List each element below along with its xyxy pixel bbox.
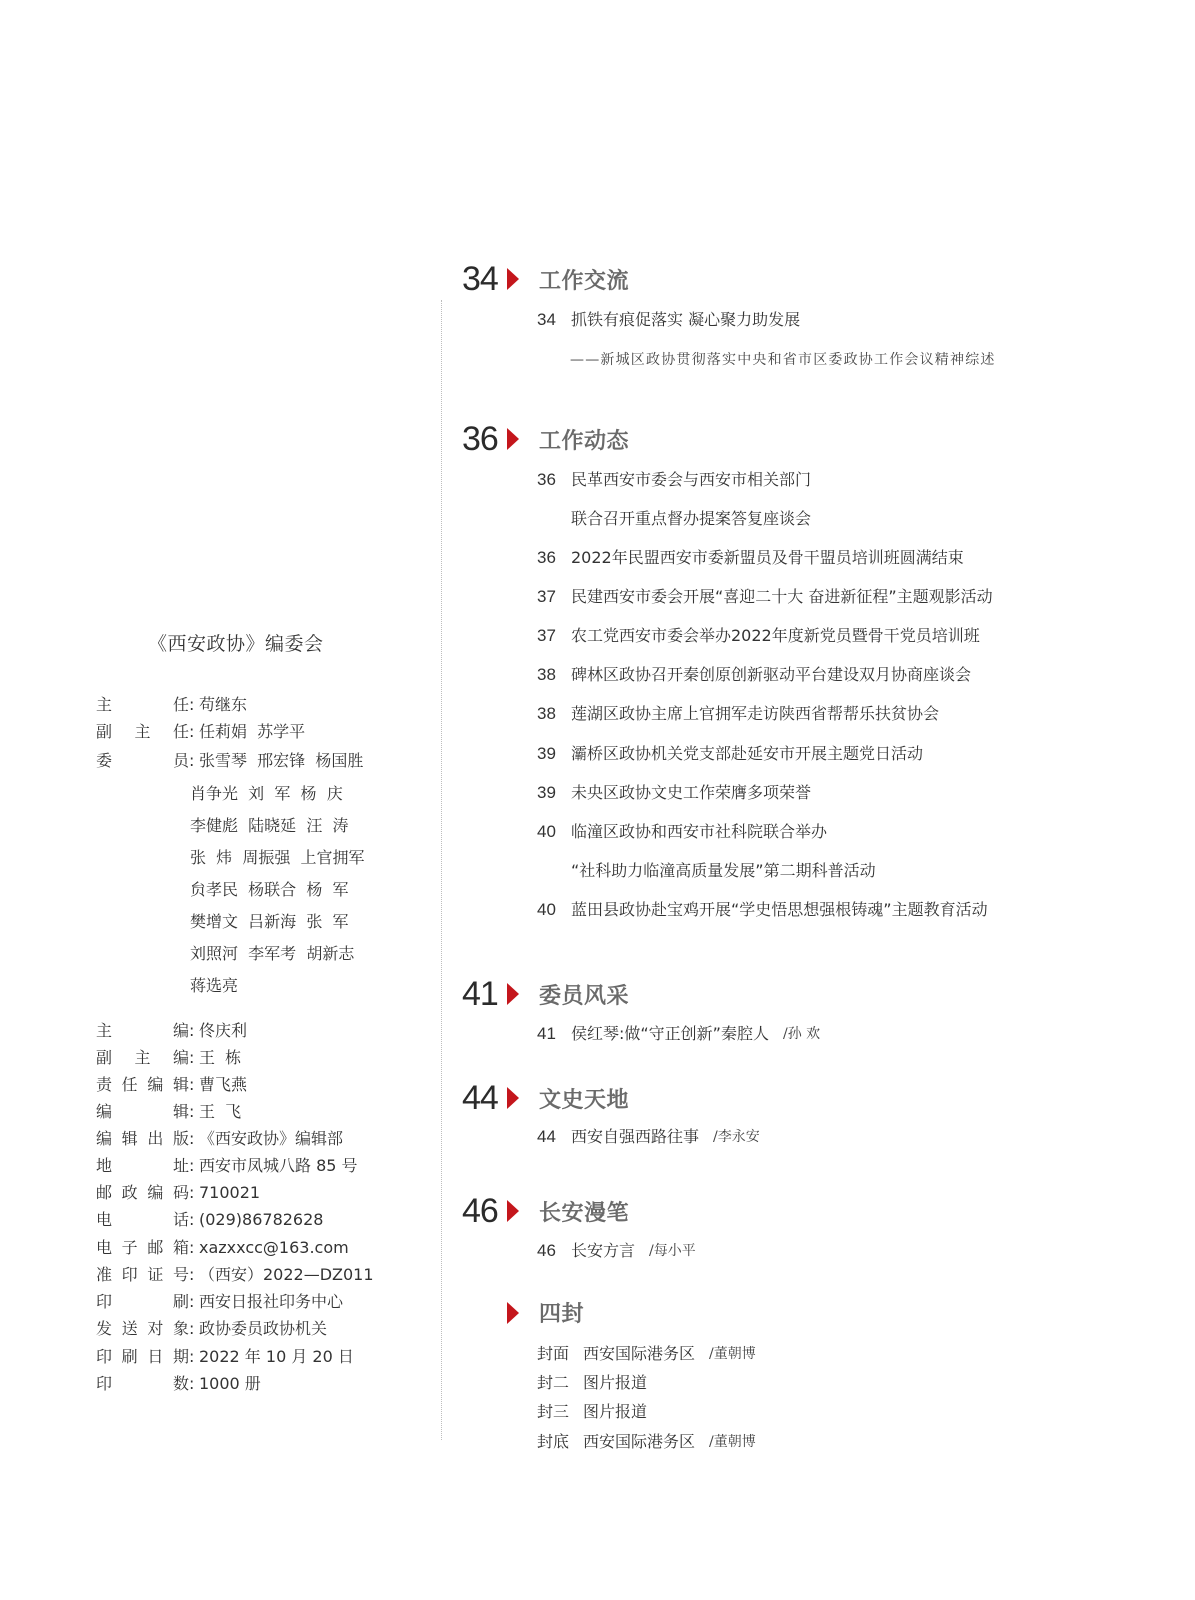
cover-item-inside-back[interactable]: 封三 图片报道 [537,1402,647,1422]
member-line: 刘照河 李军考 胡新志 [190,944,354,964]
masthead-value: 任莉娟 苏学平 [197,722,305,742]
toc-item[interactable]: 39 未央区政协文史工作荣膺多项荣誉 [537,783,811,803]
toc-section-36[interactable]: 36 工作动态 [462,422,629,456]
triangle-right-icon [507,983,519,1005]
toc-item[interactable]: 39 灞桥区政协机关党支部赴延安市开展主题党日活动 [537,744,923,764]
section-title: 委员风采 [539,979,629,1010]
masthead-row-responsible-editor: 责任编辑 : 曹飞燕 [96,1075,247,1095]
masthead-row-postcode: 邮政编码 : 710021 [96,1183,260,1203]
triangle-right-icon [507,1302,519,1324]
member-line: 樊增文 吕新海 张 军 [190,912,349,932]
masthead-value: 张雪琴 邢宏锋 杨国胜 [197,751,363,771]
masthead-row-print-date: 印刷日期 : 2022 年 10 月 20 日 [96,1347,354,1367]
toc-author: /每小平 [649,1241,696,1261]
toc-item[interactable]: 41 侯红琴:做“守正创新”秦腔人 /孙 欢 [537,1024,820,1044]
cover-item-front[interactable]: 封面 西安国际港务区 /董朝博 [537,1344,756,1364]
section-page-number: 41 [462,977,504,1011]
column-divider [441,300,442,1440]
masthead-row-deputy-chief-editor: 副主编 : 王 栋 [96,1048,241,1068]
toc-item[interactable]: 40 蓝田县政协赴宝鸡开展“学史悟思想强根铸魂”主题教育活动 [537,900,988,920]
toc-item[interactable]: 46 长安方言 /每小平 [537,1241,696,1261]
masthead-title: 《西安政协》编委会 [148,629,324,656]
section-page-number: 36 [462,422,504,456]
masthead-row-permit: 准印证号 : （西安）2022—DZ011 [96,1265,374,1285]
triangle-right-icon [507,1200,519,1222]
toc-section-46[interactable]: 46 长安漫笔 [462,1194,629,1228]
masthead-row-printer: 印刷 : 西安日报社印务中心 [96,1292,343,1312]
triangle-right-icon [507,428,519,450]
cover-item-back[interactable]: 封底 西安国际港务区 /董朝博 [537,1432,756,1452]
section-title: 工作动态 [539,424,629,455]
masthead-row-print-run: 印数 : 1000 册 [96,1374,261,1394]
member-line: 贠孝民 杨联合 杨 军 [190,880,349,900]
toc-item[interactable]: 34 抓铁有痕促落实 凝心聚力助发展 [537,310,800,330]
section-page-number: 44 [462,1081,504,1115]
section-title: 工作交流 [539,264,629,295]
masthead-label: 主 任 [96,695,189,715]
member-line: 蒋选亮 [190,976,238,996]
toc-item[interactable]: 38 碑林区政协召开秦创原创新驱动平台建设双月协商座谈会 [537,665,971,685]
toc-author: /李永安 [713,1127,760,1147]
member-line: 张 炜 周振强 上官拥军 [190,848,365,868]
cover-item-inside-front[interactable]: 封二 图片报道 [537,1373,647,1393]
toc-item[interactable]: 36 2022年民盟西安市委新盟员及骨干盟员培训班圆满结束 [537,548,964,568]
masthead-row-members: 委 员 : 张雪琴 邢宏锋 杨国胜 [96,751,363,771]
toc-item[interactable]: 38 莲湖区政协主席上官拥军走访陕西省帮帮乐扶贫协会 [537,704,939,724]
toc-item-continuation[interactable]: 联合召开重点督办提案答复座谈会 [571,509,811,529]
toc-section-34[interactable]: 34 工作交流 [462,262,629,296]
toc-section-covers[interactable]: 四封 [462,1297,584,1328]
masthead-row-chief-editor: 主编 : 佟庆利 [96,1021,247,1041]
masthead-label: 委 员 [96,751,189,771]
toc-section-44[interactable]: 44 文史天地 [462,1081,629,1115]
section-title: 四封 [539,1297,584,1328]
section-page-number: 46 [462,1194,504,1228]
section-title: 长安漫笔 [539,1196,629,1227]
member-line: 李健彪 陆晓延 汪 涛 [190,816,349,836]
toc-section-41[interactable]: 41 委员风采 [462,977,629,1011]
masthead-row-email: 电子邮箱 : xazxxcc@163.com [96,1238,349,1258]
masthead-value: 苟继东 [197,695,247,715]
toc-item[interactable]: 37 农工党西安市委会举办2022年度新党员暨骨干党员培训班 [537,626,980,646]
masthead-row-publisher: 编辑出版 : 《西安政协》编辑部 [96,1129,343,1149]
triangle-right-icon [507,1087,519,1109]
toc-author: /董朝博 [709,1344,756,1364]
masthead-row-director: 主 任 : 苟继东 [96,695,247,715]
toc-author: /孙 欢 [783,1024,820,1044]
masthead-row-phone: 电话 : (029)86782628 [96,1210,323,1230]
toc-item[interactable]: 36 民革西安市委会与西安市相关部门 [537,470,811,490]
masthead-row-deputy-director: 副 主 任 : 任莉娟 苏学平 [96,722,305,742]
masthead-row-address: 地址 : 西安市凤城八路 85 号 [96,1156,358,1176]
toc-author: /董朝博 [709,1432,756,1452]
toc-item-continuation[interactable]: “社科助力临潼高质量发展”第二期科普活动 [571,861,876,881]
masthead-row-editor: 编辑 : 王 飞 [96,1102,241,1122]
triangle-right-icon [507,268,519,290]
masthead-label: 副 主 任 [96,722,189,742]
toc-item[interactable]: 37 民建西安市委会开展“喜迎二十大 奋进新征程”主题观影活动 [537,587,993,607]
section-title: 文史天地 [539,1083,629,1114]
toc-item-subtitle: ——新城区政协贯彻落实中央和省市区委政协工作会议精神综述 [570,349,996,369]
toc-item[interactable]: 40 临潼区政协和西安市社科院联合举办 [537,822,827,842]
masthead-row-recipients: 发送对象 : 政协委员政协机关 [96,1319,327,1339]
toc-item[interactable]: 44 西安自强西路往事 /李永安 [537,1127,760,1147]
section-page-number: 34 [462,262,504,296]
member-line: 肖争光 刘 军 杨 庆 [190,784,343,804]
